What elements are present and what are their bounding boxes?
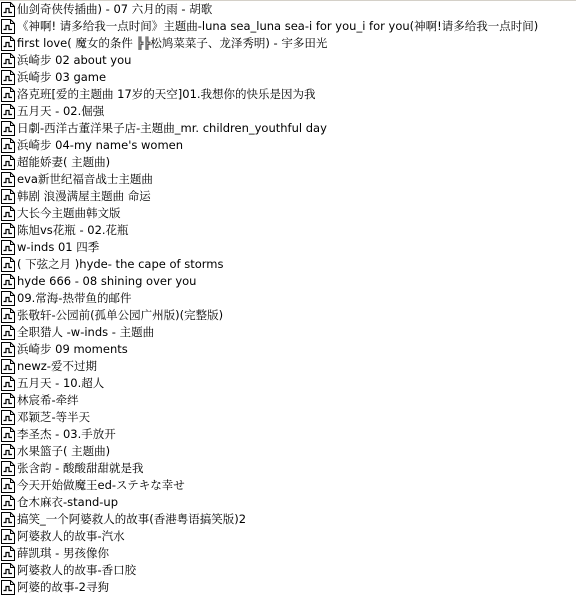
audio-file-icon: [1, 206, 15, 221]
list-item[interactable]: 李圣杰 - 03.手放开: [0, 426, 576, 443]
list-item[interactable]: 陈旭vs花瓶 - 02.花瓶: [0, 222, 576, 239]
list-item[interactable]: 全职猎人 -w-inds - 主题曲: [0, 324, 576, 341]
file-name: 搞笑_一个阿婆救人的故事(香港粤语搞笑版)2: [17, 511, 246, 528]
audio-file-icon: [1, 512, 15, 527]
audio-file-icon: [1, 478, 15, 493]
audio-file-icon: [1, 223, 15, 238]
file-name: hyde 666 - 08 shining over you: [17, 273, 196, 290]
audio-file-icon: [1, 104, 15, 119]
list-item[interactable]: 水果篮子( 主题曲): [0, 443, 576, 460]
file-name: 浜崎步 02 about you: [17, 52, 131, 69]
file-name: 日劇-西洋古董洋果子店-主題曲_mr. children_youthful da…: [17, 120, 327, 137]
list-item[interactable]: first love( 魔女的条件 ╠╠松鸠菜菜子、龙泽秀明) - 宇多田光: [0, 35, 576, 52]
file-name: 邓颖芝-等半天: [17, 409, 90, 426]
file-name: 韩剧 浪漫满屋主题曲 命运: [17, 188, 151, 205]
list-item[interactable]: 张敬轩-公园前(孤单公园广州版)(完整版): [0, 307, 576, 324]
audio-file-icon: [1, 291, 15, 306]
file-name: 阿婆救人的故事-汽水: [17, 528, 125, 545]
audio-file-icon: [1, 393, 15, 408]
list-item[interactable]: ( 下弦之月 )hyde- the cape of storms: [0, 256, 576, 273]
list-item[interactable]: 仙剑奇侠传插曲) - 07 六月的雨 - 胡歌: [0, 1, 576, 18]
list-item[interactable]: 浜崎步 04-my name's women: [0, 137, 576, 154]
list-item[interactable]: 09.常海-热带鱼的邮件: [0, 290, 576, 307]
list-item[interactable]: 《神啊! 请多给我一点时间》主题曲-luna sea_luna sea-i fo…: [0, 18, 576, 35]
audio-file-icon: [1, 308, 15, 323]
file-name: 今天开始做魔王ed-ステキな幸せ: [17, 477, 185, 494]
file-name: 李圣杰 - 03.手放开: [17, 426, 116, 443]
audio-file-icon: [1, 359, 15, 374]
audio-file-icon: [1, 444, 15, 459]
file-name: 五月天 - 10.超人: [17, 375, 104, 392]
audio-file-icon: [1, 138, 15, 153]
list-item[interactable]: 浜崎步 03 game: [0, 69, 576, 86]
list-item[interactable]: 浜崎步 09 moments: [0, 341, 576, 358]
list-item[interactable]: 仓木麻衣-stand-up: [0, 494, 576, 511]
file-name: ( 下弦之月 )hyde- the cape of storms: [17, 256, 223, 273]
audio-file-icon: [1, 240, 15, 255]
audio-file-icon: [1, 529, 15, 544]
audio-file-icon: [1, 461, 15, 476]
list-item[interactable]: 五月天 - 10.超人: [0, 375, 576, 392]
audio-file-icon: [1, 376, 15, 391]
file-name: first love( 魔女的条件 ╠╠松鸠菜菜子、龙泽秀明) - 宇多田光: [17, 35, 327, 52]
list-item[interactable]: hyde 666 - 08 shining over you: [0, 273, 576, 290]
audio-file-icon: [1, 580, 15, 595]
list-item[interactable]: 阿婆救人的故事-汽水: [0, 528, 576, 545]
audio-file-icon: [1, 427, 15, 442]
audio-file-icon: [1, 121, 15, 136]
audio-file-icon: [1, 342, 15, 357]
file-name: 全职猎人 -w-inds - 主题曲: [17, 324, 154, 341]
file-name: 浜崎步 04-my name's women: [17, 137, 183, 154]
file-name: 陈旭vs花瓶 - 02.花瓶: [17, 222, 129, 239]
file-name: 薛凯琪 - 男孩像你: [17, 545, 109, 562]
file-name: w-inds 01 四季: [17, 239, 99, 256]
list-item[interactable]: 今天开始做魔王ed-ステキな幸せ: [0, 477, 576, 494]
list-item[interactable]: 邓颖芝-等半天: [0, 409, 576, 426]
file-name: 《神啊! 请多给我一点时间》主题曲-luna sea_luna sea-i fo…: [17, 18, 538, 35]
file-name: 张敬轩-公园前(孤单公园广州版)(完整版): [17, 307, 223, 324]
audio-file-icon: [1, 19, 15, 34]
list-item[interactable]: 阿婆救人的故事-香口胶: [0, 562, 576, 579]
list-item[interactable]: 五月天 - 02.倔强: [0, 103, 576, 120]
audio-file-icon: [1, 36, 15, 51]
file-name: 大长今主题曲韩文版: [17, 205, 121, 222]
audio-file-icon: [1, 2, 15, 17]
file-name: 超能娇妻( 主题曲): [17, 154, 110, 171]
list-item[interactable]: eva新世纪福音战士主题曲: [0, 171, 576, 188]
audio-file-icon: [1, 189, 15, 204]
file-name: 浜崎步 03 game: [17, 69, 106, 86]
file-name: 水果篮子( 主题曲): [17, 443, 110, 460]
file-name: 林宸希-牵绊: [17, 392, 79, 409]
list-item[interactable]: 超能娇妻( 主题曲): [0, 154, 576, 171]
audio-file-icon: [1, 325, 15, 340]
audio-file-icon: [1, 410, 15, 425]
audio-file-icon: [1, 563, 15, 578]
audio-file-icon: [1, 257, 15, 272]
file-name: 仓木麻衣-stand-up: [17, 494, 118, 511]
audio-file-icon: [1, 87, 15, 102]
file-list: 仙剑奇侠传插曲) - 07 六月的雨 - 胡歌 《神啊! 请多给我一点时间》主题…: [0, 1, 576, 596]
audio-file-icon: [1, 53, 15, 68]
file-name: newz-爱不过期: [17, 358, 97, 375]
list-item[interactable]: 洛克班[爱的主题曲 17岁的天空]01.我想你的快乐是因为我: [0, 86, 576, 103]
list-item[interactable]: 林宸希-牵绊: [0, 392, 576, 409]
list-item[interactable]: 日劇-西洋古董洋果子店-主題曲_mr. children_youthful da…: [0, 120, 576, 137]
list-item[interactable]: 阿婆的故事-2寻狗: [0, 579, 576, 596]
audio-file-icon: [1, 495, 15, 510]
list-item[interactable]: 张含韵 - 酸酸甜甜就是我: [0, 460, 576, 477]
file-name: eva新世纪福音战士主题曲: [17, 171, 153, 188]
list-item[interactable]: newz-爱不过期: [0, 358, 576, 375]
list-item[interactable]: 大长今主题曲韩文版: [0, 205, 576, 222]
file-name: 浜崎步 09 moments: [17, 341, 128, 358]
file-name: 阿婆救人的故事-香口胶: [17, 562, 136, 579]
file-name: 张含韵 - 酸酸甜甜就是我: [17, 460, 143, 477]
list-item[interactable]: 韩剧 浪漫满屋主题曲 命运: [0, 188, 576, 205]
list-item[interactable]: 薛凯琪 - 男孩像你: [0, 545, 576, 562]
file-name: 仙剑奇侠传插曲) - 07 六月的雨 - 胡歌: [17, 1, 212, 18]
file-name: 洛克班[爱的主题曲 17岁的天空]01.我想你的快乐是因为我: [17, 86, 316, 103]
audio-file-icon: [1, 155, 15, 170]
file-name: 阿婆的故事-2寻狗: [17, 579, 109, 596]
audio-file-icon: [1, 70, 15, 85]
audio-file-icon: [1, 172, 15, 187]
list-item[interactable]: w-inds 01 四季: [0, 239, 576, 256]
file-name: 五月天 - 02.倔强: [17, 103, 104, 120]
audio-file-icon: [1, 274, 15, 289]
list-item[interactable]: 搞笑_一个阿婆救人的故事(香港粤语搞笑版)2: [0, 511, 576, 528]
audio-file-icon: [1, 546, 15, 561]
list-item[interactable]: 浜崎步 02 about you: [0, 52, 576, 69]
file-name: 09.常海-热带鱼的邮件: [17, 290, 131, 307]
